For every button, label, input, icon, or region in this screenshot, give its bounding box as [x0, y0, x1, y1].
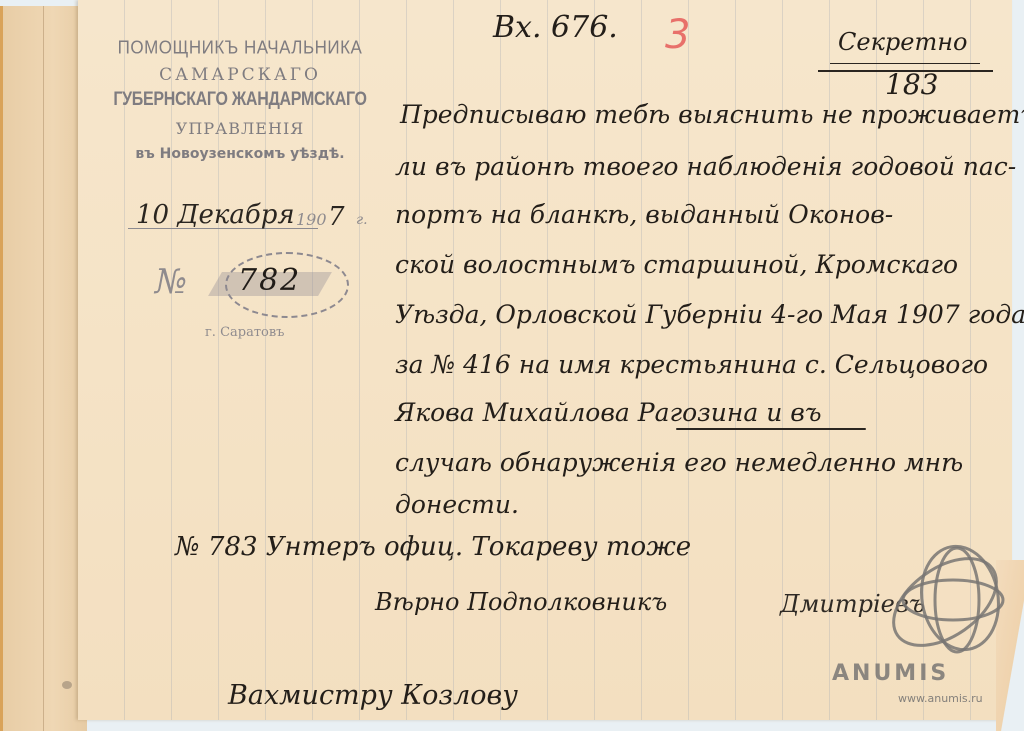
- copy-note: № 783 Унтеръ офиц. Токареву тоже: [175, 532, 691, 562]
- stamp-line-4: УПРАВЛЕНІЯ: [100, 119, 380, 138]
- letterhead-stamp: ПОМОЩНИКЪ НАЧАЛЬНИКА САМАРСКАГО ГУБЕРНСК…: [100, 30, 380, 162]
- stamp-line-1: ПОМОЩНИКЪ НАЧАЛЬНИКА: [100, 37, 380, 59]
- incoming-reference: Вх. 676.: [493, 10, 618, 45]
- body-line-2: ли въ районѣ твоего наблюденія годовой п…: [395, 152, 1016, 181]
- globe-rings-icon: [865, 540, 1005, 660]
- body-line-9: донести.: [395, 490, 519, 519]
- outgoing-number: 782: [238, 263, 301, 298]
- body-line-1: Предписываю тебѣ выяснить не проживаетъ …: [400, 100, 1024, 129]
- body-line-4: ской волостнымъ старшиной, Кромскаго: [395, 250, 958, 279]
- body-line-5: Уѣзда, Орловской Губерніи 4-го Мая 1907 …: [395, 300, 1024, 329]
- date-year-suffix: г.: [356, 212, 368, 228]
- body-line-6: за № 416 на имя крестьянина с. Сельцовог…: [395, 350, 988, 379]
- date-year-printed: 190: [296, 210, 327, 229]
- stamp-line-3: ГУБЕРНСКАГО ЖАНДАРМСКАГО: [100, 89, 380, 111]
- stamp-line-5: въ Новоузенскомъ уѣздѣ.: [100, 146, 380, 162]
- body-line-7: Якова Михайлова Рагозина и въ: [395, 398, 821, 427]
- classification-number: 183: [885, 68, 938, 101]
- verification-line: Вѣрно Подполковникъ: [375, 588, 667, 616]
- classification-underline-1: [830, 63, 980, 64]
- pin-mark: [62, 681, 72, 689]
- stamp-line-2: САМАРСКАГО: [100, 65, 380, 85]
- red-pencil-mark: 3: [665, 12, 690, 58]
- back-sheet-edge: [0, 6, 87, 731]
- addressee: Вахмистру Козлову: [228, 680, 518, 711]
- date-day-month: 10 Декабря: [136, 200, 295, 230]
- date-year-handwritten: 7: [328, 202, 345, 232]
- body-line-3: портъ на бланкѣ, выданный Оконов-: [395, 200, 893, 229]
- watermark-brand: ANUMIS: [832, 661, 949, 686]
- classification-label: Секретно: [838, 28, 967, 56]
- body-line-8: случаѣ обнаруженія его немедленно мнѣ: [395, 448, 963, 477]
- city-stamp: г. Саратовъ: [205, 325, 284, 340]
- surname-underline: [676, 428, 866, 430]
- number-sign: №: [155, 262, 187, 302]
- date-field: 10 Декабря 190 7 г.: [128, 200, 368, 240]
- watermark-url: www.anumis.ru: [898, 692, 983, 705]
